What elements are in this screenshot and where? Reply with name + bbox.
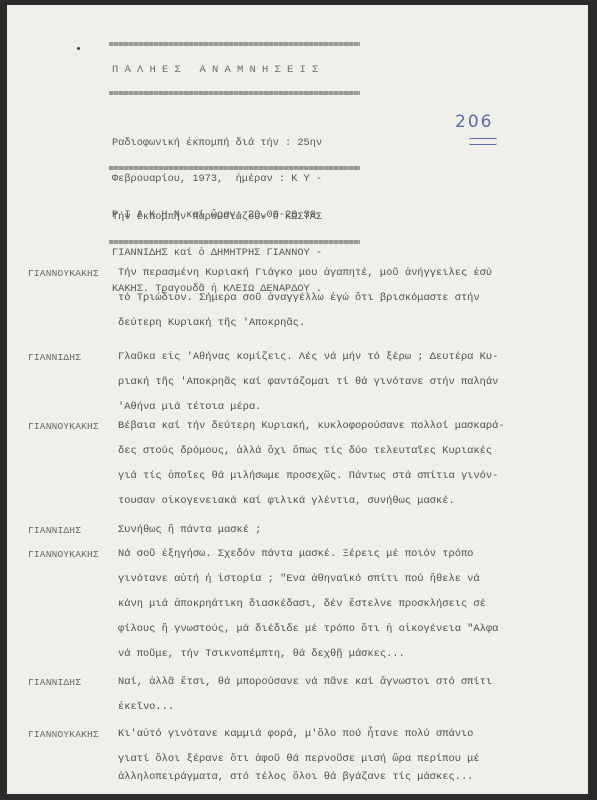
dialogue-line: Ναί, ἀλλᾶ ἔτσι, θά μπορούσανε νά πᾶνε κα… bbox=[118, 676, 492, 688]
broadcast-info-line: Ραδιοφωνική ἐκπομπή διά τήν : 25ην bbox=[112, 137, 322, 149]
dialogue-line: ἐκεῖνο... bbox=[118, 701, 174, 713]
top-rule bbox=[109, 42, 360, 46]
dialogue-line: Βέβαια καί τήν δεύτερη Κυριακή, κυκλοφορ… bbox=[118, 420, 505, 432]
dialogue-line: 'Αθήνα μιά τέτοια μέρα. bbox=[118, 401, 261, 413]
speaker-name: ΓΙΑΝΝΙΔΗΣ bbox=[28, 525, 81, 536]
title-rule bbox=[109, 91, 360, 95]
typewritten-page: ΠΑΛΗΕΣ ΑΝΑΜΝΗΣΕΙΣ Ραδιοφωνική ἐκπομπή δι… bbox=[7, 5, 588, 794]
speaker-name: ΓΙΑΝΝΙΔΗΣ bbox=[28, 352, 81, 363]
document-title: ΠΑΛΗΕΣ ΑΝΑΜΝΗΣΕΙΣ bbox=[112, 64, 325, 76]
dialogue-line: Κι'αὐτό γινότανε καμμιά φορά, μ'ὅλο πού … bbox=[118, 728, 473, 740]
broadcast-info-line: Φεβρουαρίου, 1973, ἡμέραν : Κ Υ - bbox=[112, 173, 322, 185]
dialogue-line: φίλους ἤ γνωστούς, μά διέδιδε μέ τρόπο ὅ… bbox=[118, 623, 498, 635]
dialogue-line: νά ποῦμε, τήν Τσικνοπέμπτη, θά δεχθῇ μάσ… bbox=[118, 648, 405, 660]
dialogue-line: δες στούς δρόμους, ἀλλά ὄχι ὅπως τίς δύο… bbox=[118, 445, 492, 457]
dialogue-line: Τήν περασμένη Κυριακή Γιάγκο μου ἀγαπητέ… bbox=[118, 267, 492, 279]
ink-speck bbox=[77, 47, 80, 50]
presenters-info-line: Τήν ἐκπομπήν παρουσιάζουν ὁ ΚΩΣΤΑΣ bbox=[112, 211, 322, 223]
speaker-name: ΓΙΑΝΝΟΥΚΑΚΗΣ bbox=[28, 729, 99, 740]
dialogue-line: δεύτερη Κυριακή τῆς 'Αποκρηᾶς. bbox=[118, 317, 305, 329]
dialogue-line: Συνήθως ἤ πάντα μασκέ ; bbox=[118, 524, 261, 536]
dialogue-line: κάνη μιά ἀποκρηάτικη διασκέδασι, δέν ἔστ… bbox=[118, 598, 486, 610]
dialogue-line: γινότανε αὐτή ἡ ἱστορία ; "Ενα ἀθηναϊκό … bbox=[118, 573, 480, 585]
dialogue-line: τό Τριώδιον. Σήμερα σοῦ ἀναγγέλλω ἐγώ ὅτ… bbox=[118, 292, 480, 304]
dialogue-line: γιατί ὅλοι ξέρανε ὅτι ἀφοῦ θά περνοῦσε μ… bbox=[118, 753, 480, 765]
info-rule bbox=[109, 166, 360, 170]
dialogue-line: ριακή τῆς 'Αποκρηᾶς καί φαντάζομαι τί θά… bbox=[118, 376, 498, 388]
presenters-rule bbox=[109, 240, 360, 244]
speaker-name: ΓΙΑΝΝΙΔΗΣ bbox=[28, 677, 81, 688]
speaker-name: ΓΙΑΝΝΟΥΚΑΚΗΣ bbox=[28, 268, 99, 279]
dialogue-line: Νά σοῦ ἐξηγήσω. Σχεδόν πάντα μασκέ. Ξέρε… bbox=[118, 548, 473, 560]
dialogue-line: ἀλληλοπειράγματα, στό τέλος ὅλοι θά βγάζ… bbox=[118, 771, 473, 783]
speaker-name: ΓΙΑΝΝΟΥΚΑΚΗΣ bbox=[28, 549, 99, 560]
dialogue-line: Γλαῦκα εἰς 'Αθήνας κομίζεις. Λές νά μήν … bbox=[118, 351, 498, 363]
speaker-name: ΓΙΑΝΝΟΥΚΑΚΗΣ bbox=[28, 421, 99, 432]
dialogue-line: γιά τίς ὁποῖες θά μιλήσωμε προσεχῶς. Πάν… bbox=[118, 470, 498, 482]
presenters-info-line: ΓΙΑΝΝΙΔΗΣ καί ὁ ΔΗΜΗΤΡΗΣ ΓΙΑΝΝΟΥ - bbox=[112, 247, 322, 259]
handwritten-page-number: 206 bbox=[455, 112, 493, 132]
dialogue-line: τουσαν οἰκογενειακά καί φιλικά γλέντια, … bbox=[118, 495, 455, 507]
handwritten-underline bbox=[469, 138, 497, 145]
